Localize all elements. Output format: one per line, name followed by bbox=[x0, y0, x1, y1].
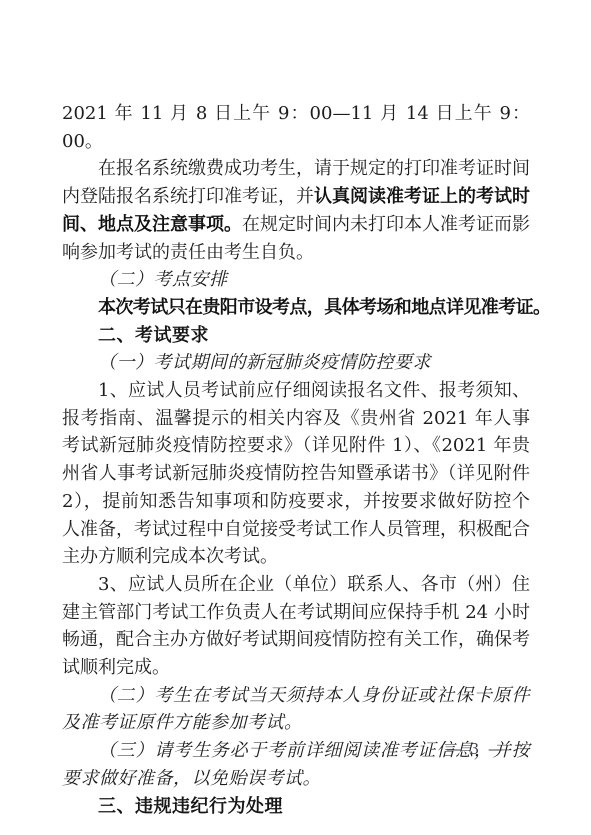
paragraph-item-1: 1、应试人员考试前应仔细阅读报名文件、报考须知、报考指南、温馨提示的相关内容及《… bbox=[62, 377, 530, 571]
subheading-covid-control: （一）考试期间的新冠肺炎疫情防控要求 bbox=[62, 349, 530, 377]
paragraph-item-3: 3、应试人员所在企业（单位）联系人、各市（州）住建主管部门考试工作负责人在考试期… bbox=[62, 571, 530, 682]
document-page: 2021 年 11 月 8 日上午 9：00—11 月 14 日上午 9：00。… bbox=[0, 0, 591, 835]
document-body: 2021 年 11 月 8 日上午 9：00—11 月 14 日上午 9：00。… bbox=[62, 100, 530, 820]
subheading-site-arrangement: （二）考点安排 bbox=[62, 266, 530, 294]
paragraph-id-requirement: （二）考生在考试当天须持本人身份证或社保卡原件及准考证原件方能参加考试。 bbox=[62, 682, 530, 737]
paragraph-print-period: 2021 年 11 月 8 日上午 9：00—11 月 14 日上午 9：00。 bbox=[62, 100, 530, 155]
heading-violation-handling: 三、违规违纪行为处理 bbox=[62, 793, 530, 821]
heading-exam-requirements: 二、考试要求 bbox=[62, 322, 530, 350]
paragraph-print-instructions: 在报名系统缴费成功考生，请于规定的打印准考证时间内登陆报名系统打印准考证，并认真… bbox=[62, 155, 530, 266]
page-number: — 3 — bbox=[446, 740, 505, 758]
paragraph-guiyang-site: 本次考试只在贵阳市设考点，具体考场和地点详见准考证。 bbox=[62, 294, 530, 322]
